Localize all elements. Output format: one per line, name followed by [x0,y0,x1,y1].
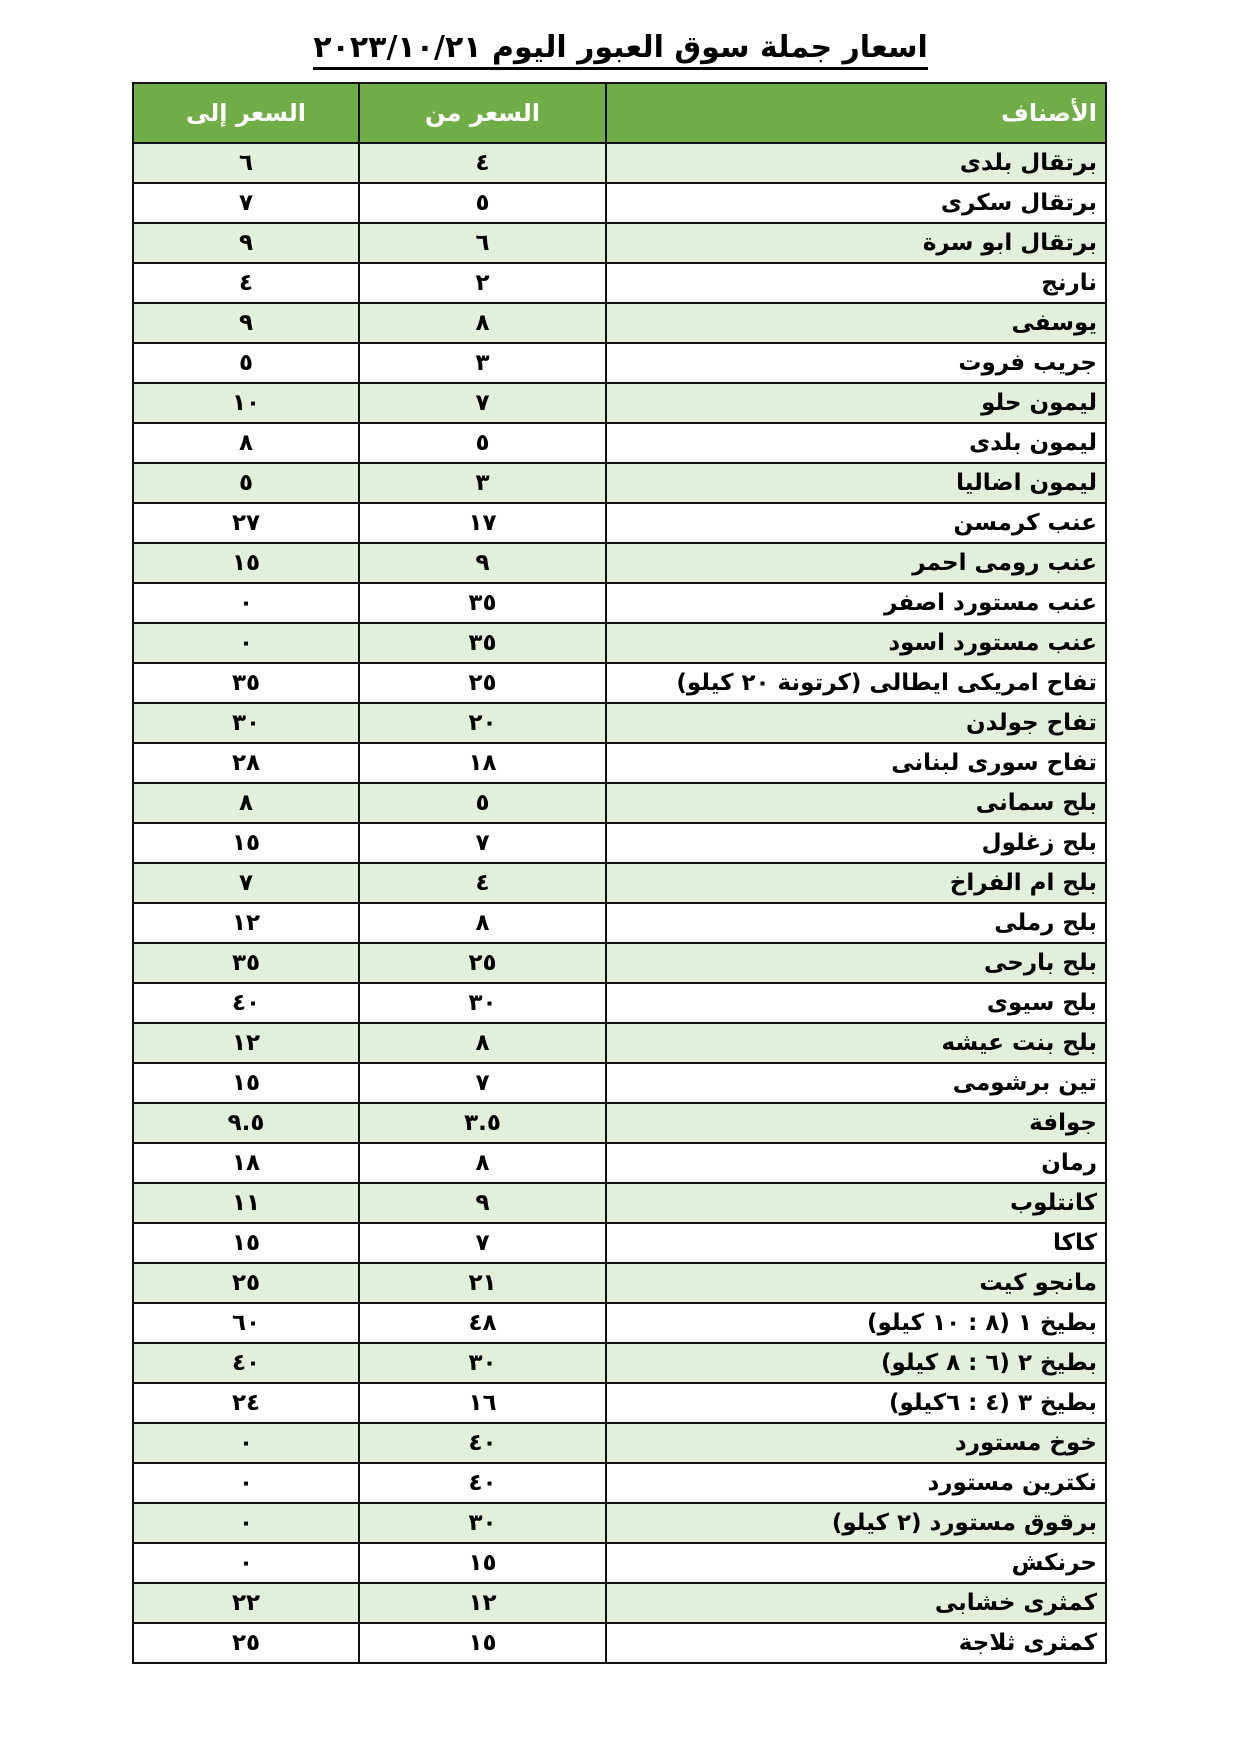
price-from-cell: ٤ [359,143,606,183]
price-from-cell: ٤ [359,863,606,903]
item-cell: كمثرى ثلاجة [606,1623,1106,1663]
price-to-cell: ٢٥ [133,1623,359,1663]
price-from-cell: ٢٥ [359,663,606,703]
price-from-cell: ٣٥ [359,583,606,623]
item-cell: ليمون اضاليا [606,463,1106,503]
price-to-cell: ٠ [133,583,359,623]
price-to-cell: ٩.٥ [133,1103,359,1143]
item-cell: جوافة [606,1103,1106,1143]
item-cell: كاكا [606,1223,1106,1263]
price-from-cell: ٥ [359,423,606,463]
price-from-cell: ٨ [359,903,606,943]
price-from-cell: ٤٠ [359,1423,606,1463]
table-row: كمثرى خشابى١٢٢٢ [133,1583,1106,1623]
price-to-cell: ١٨ [133,1143,359,1183]
item-cell: حرنكش [606,1543,1106,1583]
price-from-cell: ٦ [359,223,606,263]
item-cell: خوخ مستورد [606,1423,1106,1463]
item-cell: نكترين مستورد [606,1463,1106,1503]
table-row: عنب كرمسن١٧٢٧ [133,503,1106,543]
price-from-cell: ٢ [359,263,606,303]
table-row: نارنج٢٤ [133,263,1106,303]
item-cell: ليمون بلدى [606,423,1106,463]
item-cell: كانتلوب [606,1183,1106,1223]
price-table: الأصناف السعر من السعر إلى برتقال بلدى٤٦… [132,82,1107,1664]
table-row: برتقال سكرى٥٧ [133,183,1106,223]
price-to-cell: ٠ [133,1503,359,1543]
price-to-cell: ٢٢ [133,1583,359,1623]
header-price-to: السعر إلى [133,83,359,143]
price-from-cell: ٥ [359,783,606,823]
table-row: تفاح امريكى ايطالى (كرتونة ٢٠ كيلو)٢٥٣٥ [133,663,1106,703]
item-cell: بلح ام الفراخ [606,863,1106,903]
table-row: بلح سمانى٥٨ [133,783,1106,823]
price-to-cell: ١٥ [133,1223,359,1263]
price-from-cell: ٧ [359,823,606,863]
price-to-cell: ٠ [133,623,359,663]
item-cell: برتقال سكرى [606,183,1106,223]
price-to-cell: ١٢ [133,1023,359,1063]
item-cell: تين برشومى [606,1063,1106,1103]
item-cell: عنب رومى احمر [606,543,1106,583]
table-row: برقوق مستورد (٢ كيلو)٣٠٠ [133,1503,1106,1543]
table-row: كمثرى ثلاجة١٥٢٥ [133,1623,1106,1663]
price-from-cell: ٣٥ [359,623,606,663]
price-from-cell: ٣٠ [359,1343,606,1383]
price-from-cell: ١٦ [359,1383,606,1423]
price-from-cell: ١٥ [359,1623,606,1663]
price-to-cell: ٢٧ [133,503,359,543]
price-from-cell: ٢٥ [359,943,606,983]
price-from-cell: ١٢ [359,1583,606,1623]
price-to-cell: ٠ [133,1463,359,1503]
price-from-cell: ٧ [359,383,606,423]
price-to-cell: ٩ [133,223,359,263]
item-cell: بطيخ ٢ (٦ : ٨ كيلو) [606,1343,1106,1383]
price-to-cell: ٥ [133,463,359,503]
price-to-cell: ٤ [133,263,359,303]
table-header-row: الأصناف السعر من السعر إلى [133,83,1106,143]
price-to-cell: ٢٨ [133,743,359,783]
price-to-cell: ٣٥ [133,663,359,703]
price-from-cell: ٧ [359,1063,606,1103]
price-to-cell: ٥ [133,343,359,383]
price-from-cell: ٩ [359,1183,606,1223]
header-price-from: السعر من [359,83,606,143]
price-from-cell: ٣.٥ [359,1103,606,1143]
table-row: خوخ مستورد٤٠٠ [133,1423,1106,1463]
price-from-cell: ٧ [359,1223,606,1263]
price-to-cell: ٤٠ [133,983,359,1023]
price-from-cell: ٣ [359,463,606,503]
item-cell: بلح سيوى [606,983,1106,1023]
price-to-cell: ١٠ [133,383,359,423]
item-cell: برتقال ابو سرة [606,223,1106,263]
price-to-cell: ١٥ [133,543,359,583]
price-to-cell: ٦ [133,143,359,183]
item-cell: مانجو كيت [606,1263,1106,1303]
header-item: الأصناف [606,83,1106,143]
table-row: بلح سيوى٣٠٤٠ [133,983,1106,1023]
price-from-cell: ٨ [359,1023,606,1063]
item-cell: رمان [606,1143,1106,1183]
price-from-cell: ٥ [359,183,606,223]
table-row: عنب رومى احمر٩١٥ [133,543,1106,583]
table-row: بلح زغلول٧١٥ [133,823,1106,863]
price-from-cell: ٣٠ [359,983,606,1023]
table-row: تين برشومى٧١٥ [133,1063,1106,1103]
table-row: ليمون بلدى٥٨ [133,423,1106,463]
item-cell: تفاح جولدن [606,703,1106,743]
price-from-cell: ٢١ [359,1263,606,1303]
price-to-cell: ٧ [133,863,359,903]
price-to-cell: ٠ [133,1543,359,1583]
item-cell: بلح رملى [606,903,1106,943]
table-body: برتقال بلدى٤٦برتقال سكرى٥٧برتقال ابو سرة… [133,143,1106,1663]
price-from-cell: ٣٠ [359,1503,606,1543]
item-cell: عنب كرمسن [606,503,1106,543]
price-from-cell: ٣ [359,343,606,383]
table-row: كاكا٧١٥ [133,1223,1106,1263]
item-cell: عنب مستورد اصفر [606,583,1106,623]
item-cell: كمثرى خشابى [606,1583,1106,1623]
item-cell: بلح سمانى [606,783,1106,823]
table-row: بطيخ ٣ (٤ : ٦كيلو)١٦٢٤ [133,1383,1106,1423]
item-cell: بطيخ ٣ (٤ : ٦كيلو) [606,1383,1106,1423]
table-row: بلح بارحى٢٥٣٥ [133,943,1106,983]
price-from-cell: ٤٠ [359,1463,606,1503]
item-cell: يوسفى [606,303,1106,343]
price-to-cell: ١٢ [133,903,359,943]
item-cell: تفاح امريكى ايطالى (كرتونة ٢٠ كيلو) [606,663,1106,703]
table-row: جوافة٣.٥٩.٥ [133,1103,1106,1143]
table-row: بلح ام الفراخ٤٧ [133,863,1106,903]
item-cell: جريب فروت [606,343,1106,383]
table-row: برتقال ابو سرة٦٩ [133,223,1106,263]
table-row: مانجو كيت٢١٢٥ [133,1263,1106,1303]
page-title-text: اسعار جملة سوق العبور اليوم ٢٠٢٣/١٠/٢١ [313,30,928,70]
price-from-cell: ٩ [359,543,606,583]
price-to-cell: ٠ [133,1423,359,1463]
price-from-cell: ١٥ [359,1543,606,1583]
table-row: ليمون اضاليا٣٥ [133,463,1106,503]
table-row: رمان٨١٨ [133,1143,1106,1183]
item-cell: بطيخ ١ (٨ : ١٠ كيلو) [606,1303,1106,1343]
price-from-cell: ٤٨ [359,1303,606,1343]
price-to-cell: ٦٠ [133,1303,359,1343]
table-row: عنب مستورد اسود٣٥٠ [133,623,1106,663]
price-from-cell: ١٨ [359,743,606,783]
price-from-cell: ٢٠ [359,703,606,743]
table-row: تفاح سورى لبنانى١٨٢٨ [133,743,1106,783]
item-cell: ليمون حلو [606,383,1106,423]
table-row: عنب مستورد اصفر٣٥٠ [133,583,1106,623]
price-to-cell: ٣٠ [133,703,359,743]
item-cell: بلح بارحى [606,943,1106,983]
price-from-cell: ٨ [359,303,606,343]
page-title: اسعار جملة سوق العبور اليوم ٢٠٢٣/١٠/٢١ [0,28,1241,68]
price-to-cell: ١١ [133,1183,359,1223]
table-row: كانتلوب٩١١ [133,1183,1106,1223]
table-row: بطيخ ٢ (٦ : ٨ كيلو)٣٠٤٠ [133,1343,1106,1383]
price-to-cell: ٨ [133,783,359,823]
price-to-cell: ٢٥ [133,1263,359,1303]
price-to-cell: ٣٥ [133,943,359,983]
table-row: ليمون حلو٧١٠ [133,383,1106,423]
item-cell: نارنج [606,263,1106,303]
table-row: برتقال بلدى٤٦ [133,143,1106,183]
price-to-cell: ٩ [133,303,359,343]
table-row: جريب فروت٣٥ [133,343,1106,383]
table-row: حرنكش١٥٠ [133,1543,1106,1583]
item-cell: بلح زغلول [606,823,1106,863]
item-cell: برتقال بلدى [606,143,1106,183]
item-cell: عنب مستورد اسود [606,623,1106,663]
table-row: بلح بنت عيشه٨١٢ [133,1023,1106,1063]
table-row: بطيخ ١ (٨ : ١٠ كيلو)٤٨٦٠ [133,1303,1106,1343]
price-to-cell: ٢٤ [133,1383,359,1423]
table-row: نكترين مستورد٤٠٠ [133,1463,1106,1503]
price-to-cell: ٨ [133,423,359,463]
table-row: بلح رملى٨١٢ [133,903,1106,943]
table-row: يوسفى٨٩ [133,303,1106,343]
item-cell: برقوق مستورد (٢ كيلو) [606,1503,1106,1543]
item-cell: بلح بنت عيشه [606,1023,1106,1063]
price-to-cell: ١٥ [133,823,359,863]
price-to-cell: ٤٠ [133,1343,359,1383]
price-from-cell: ١٧ [359,503,606,543]
price-from-cell: ٨ [359,1143,606,1183]
item-cell: تفاح سورى لبنانى [606,743,1106,783]
price-to-cell: ١٥ [133,1063,359,1103]
price-to-cell: ٧ [133,183,359,223]
table-row: تفاح جولدن٢٠٣٠ [133,703,1106,743]
